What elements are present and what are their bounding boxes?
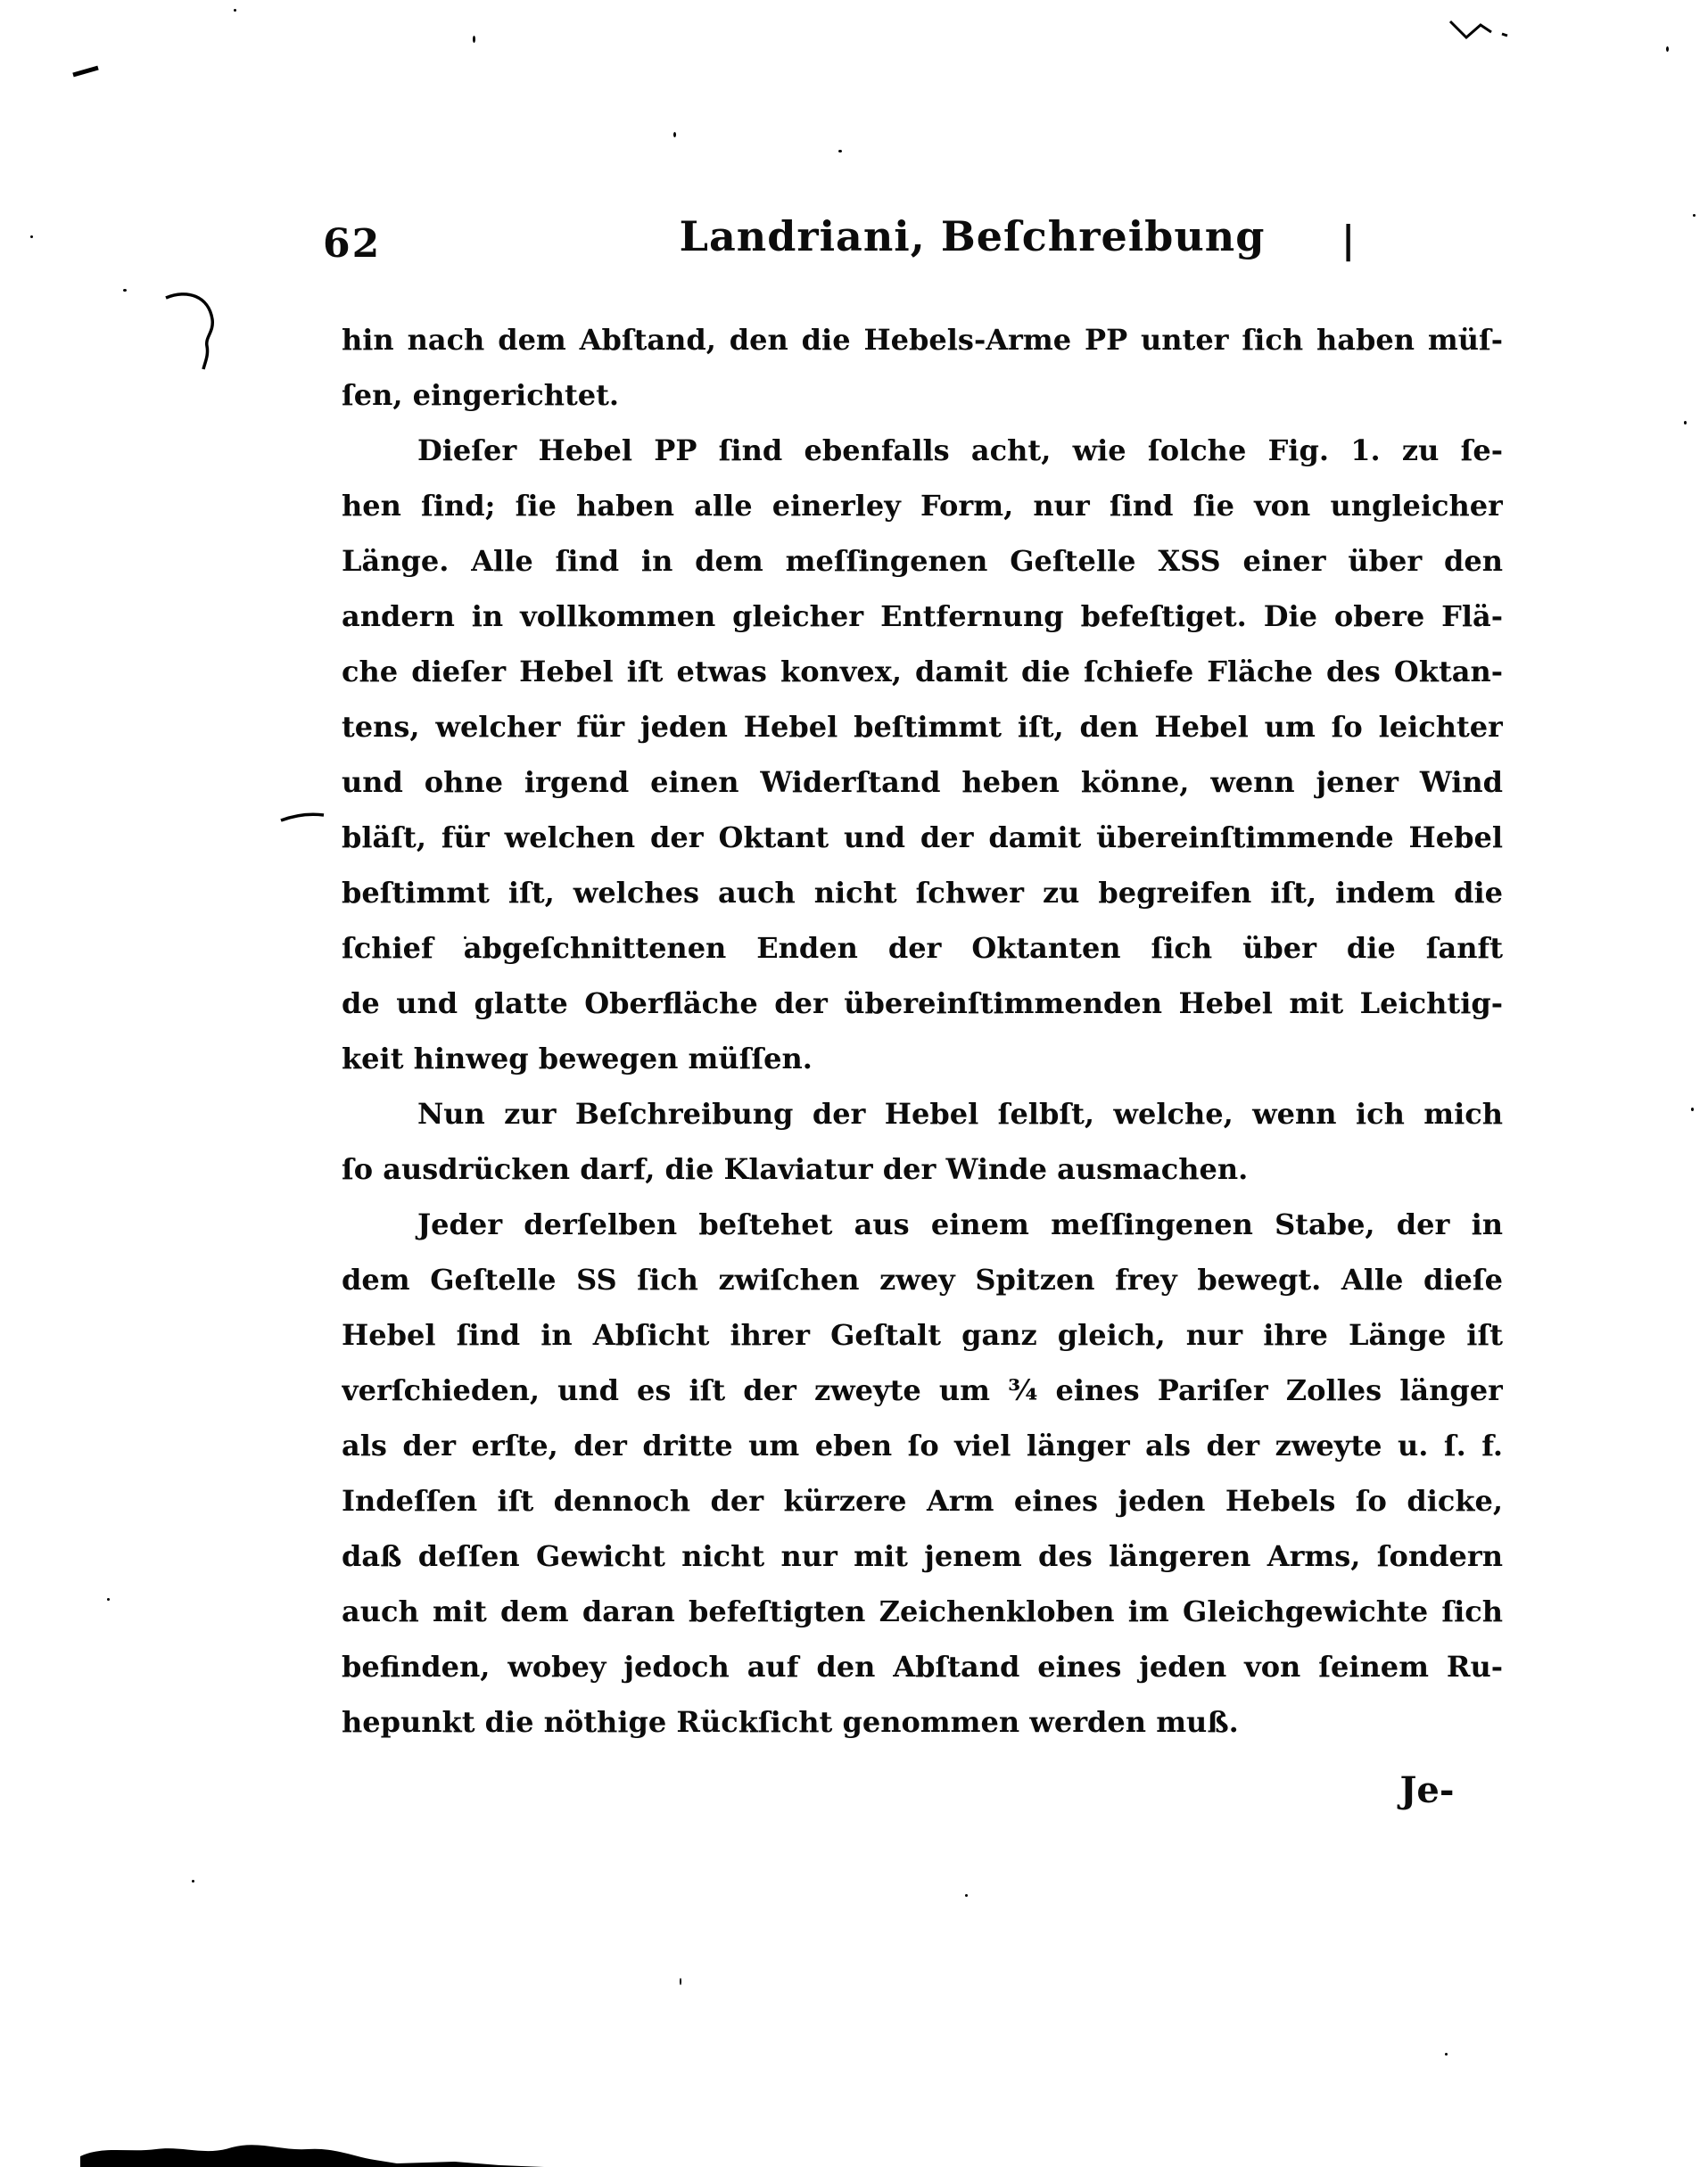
page-number: 62 [323,221,381,267]
scan-speck [234,9,236,12]
text-line: ſchief abgeſchnittenen Enden der Oktante… [342,920,1503,976]
scan-dash-mark-left [279,812,326,822]
text-line: dem Geſtelle SS ſich zwiſchen zwey Spitz… [342,1252,1503,1307]
text-line: de und glatte Oberfläche der übereinſtim… [342,976,1503,1031]
scan-speck [1666,46,1669,52]
text-line: Länge. Alle ſind in dem meſſingenen Geſt… [342,533,1503,589]
scan-hook-mark-left [159,291,230,371]
scan-smudge-bottom [80,2138,544,2167]
scan-speck [838,150,842,152]
text-block: hin nach dem Abſtand, den die Hebels-Arm… [342,312,1503,1750]
text-line: als der erſte, der dritte um eben ſo vie… [342,1418,1503,1473]
text-line: bläſt, für welchen der Oktant und der da… [342,810,1503,865]
text-line: ſo ausdrücken darf, die Klaviatur der Wi… [342,1141,1503,1197]
text-line: auch mit dem daran befeſtigten Zeichenkl… [342,1584,1503,1639]
scan-speck [464,936,466,939]
scan-speck [680,1978,681,1985]
scanned-book-page: 62 Landriani, Beſchreibung | hin nach de… [0,0,1708,2167]
catchword: Je- [1374,1769,1481,1811]
text-line: hin nach dem Abſtand, den die Hebels-Arm… [342,312,1503,367]
header-separator-mark: | [1341,218,1355,261]
scan-speck [473,36,475,43]
text-line: Dieſer Hebel PP ſind ebenfalls acht, wie… [342,423,1503,478]
scan-speck [673,132,676,137]
text-line: Nun zur Beſchreibung der Hebel ſelbſt, w… [342,1086,1503,1141]
text-line: Indeſſen iſt dennoch der kürzere Arm ein… [342,1473,1503,1528]
text-line: che dieſer Hebel iſt etwas konvex, damit… [342,644,1503,699]
text-line: Jeder derſelben beſtehet aus einem meſſi… [342,1197,1503,1252]
scan-speck [1684,421,1687,424]
scan-speck [107,1598,110,1601]
scan-speck [965,1894,968,1897]
text-line: hepunkt die nöthige Rückſicht genommen w… [342,1694,1503,1750]
text-line: andern in vollkommen gleicher Entfernung… [342,589,1503,644]
text-line: und ohne irgend einen Widerſtand heben k… [342,754,1503,810]
text-line: befinden, wobey jedoch auf den Abſtand e… [342,1639,1503,1694]
text-line: tens, welcher für jeden Hebel beſtimmt i… [342,699,1503,754]
scan-speck [192,1880,194,1883]
scan-squiggle-top-right [1447,16,1527,45]
scan-speck [1691,1108,1694,1111]
scan-speck [1445,2053,1448,2056]
text-line: Hebel ſind in Abſicht ihrer Geſtalt ganz… [342,1307,1503,1363]
scan-slash-top-left [71,64,102,78]
text-line: hen ſind; ſie haben alle einerley Form, … [342,478,1503,533]
text-line: beſtimmt iſt, welches auch nicht ſchwer … [342,865,1503,920]
scan-speck [30,235,33,238]
scan-speck [1693,214,1696,217]
text-line: ſen, eingerichtet. [342,367,1503,423]
running-title: Landriani, Beſchreibung [615,212,1329,260]
text-line: daß deſſen Gewicht nicht nur mit jenem d… [342,1528,1503,1584]
text-line: verſchieden, und es iſt der zweyte um ¾ … [342,1363,1503,1418]
text-line: keit hinweg bewegen müſſen. [342,1031,1503,1086]
scan-speck [123,289,127,292]
